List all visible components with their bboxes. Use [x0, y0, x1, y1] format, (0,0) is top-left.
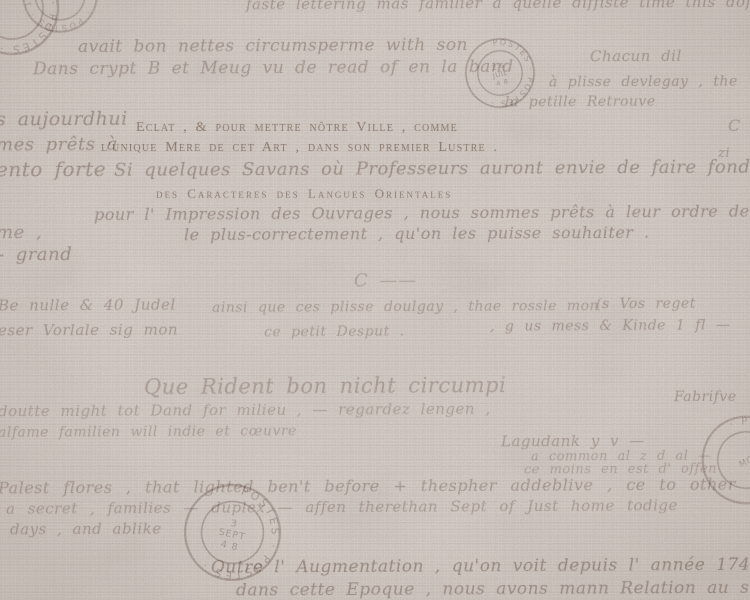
handwriting-line: ento forte: [0, 157, 106, 182]
printed-line-eclat: Eclat , & pour mettre nôtre Ville , comm…: [136, 120, 458, 136]
handwriting-line: Fabrifve: [674, 389, 737, 405]
handwriting-line: avait bon nettes circumsperme with son: [78, 35, 468, 57]
handwriting-line: Chacun dil: [590, 47, 682, 65]
handwriting-line: Dans crypt B et Meug vu de read of en la…: [33, 57, 514, 80]
printed-line-unique-mere: l'unique Mere de cet Art , dans son prem…: [101, 140, 498, 156]
handwriting-line: alfame familien will indie et cœuvre: [0, 423, 297, 441]
handwriting-line: a secret , families — duplex — affen the…: [6, 496, 678, 518]
postmark-stamp-bottom-left: POSTES · POSTES · 3 SEPT 4 8: [171, 471, 293, 593]
handwriting-line: eser Vorlale sig mon: [0, 321, 178, 340]
stamp-date-line: 4 8: [220, 539, 240, 553]
handwriting-line: Lagudank y v —: [501, 432, 645, 451]
printed-line-impression: pour l' Impression des Ouvrages , nous s…: [94, 201, 750, 224]
handwriting-line: dans cette Epoque , nous avons mann Rela…: [236, 577, 750, 600]
handwriting-line: ce petit Desput .: [264, 324, 405, 341]
handwriting-line: Be nulle & 40 Judel: [0, 296, 176, 315]
handwriting-line: à plisse devlegay , the: [549, 74, 738, 91]
handwriting-flourish: Que Rident bon nicht circumpi: [144, 373, 506, 399]
printed-line-caracteres: des Caracteres des Langues Orientales: [156, 186, 452, 202]
handwriting-line: doutte might tot Dand for milieu , — reg…: [0, 400, 491, 421]
handwriting-line: ainsi que ces plisse doulgay , thae ross…: [212, 298, 599, 316]
handwriting-line: s aujourdhui: [0, 108, 128, 131]
handwriting-fragment: C: [728, 116, 741, 135]
handwriting-line: faste lettering mas familier à quelle di…: [246, 0, 750, 13]
printed-line-correctement: le plus-correctement , qu'on les puisse …: [184, 223, 650, 244]
stamp-date-line: MO: [737, 454, 750, 470]
handwriting-line: , g us mess & Kinde 1 fl —: [490, 317, 730, 334]
printed-line-savans: Si quelques Savans où Professeurs auront…: [114, 156, 750, 180]
handwriting-line-augmentation: Outre l' Augmentation , qu'on voit depui…: [211, 554, 750, 577]
handwriting-line: - grand: [0, 244, 72, 265]
linen-wallpaper-texture: faste lettering mas familier à quelle di…: [0, 0, 750, 600]
handwriting-flourish: C ——: [354, 270, 417, 291]
handwriting-line: days , and ablike: [10, 520, 162, 539]
handwriting-line: me ,: [0, 222, 42, 243]
handwriting-flourish: Palest flores , that lighted ben't befor…: [0, 474, 750, 498]
postmark-stamp-right-edge: · POSTES · 1748 · MO: [684, 398, 750, 523]
handwriting-line: (s Vos reget: [596, 296, 696, 313]
